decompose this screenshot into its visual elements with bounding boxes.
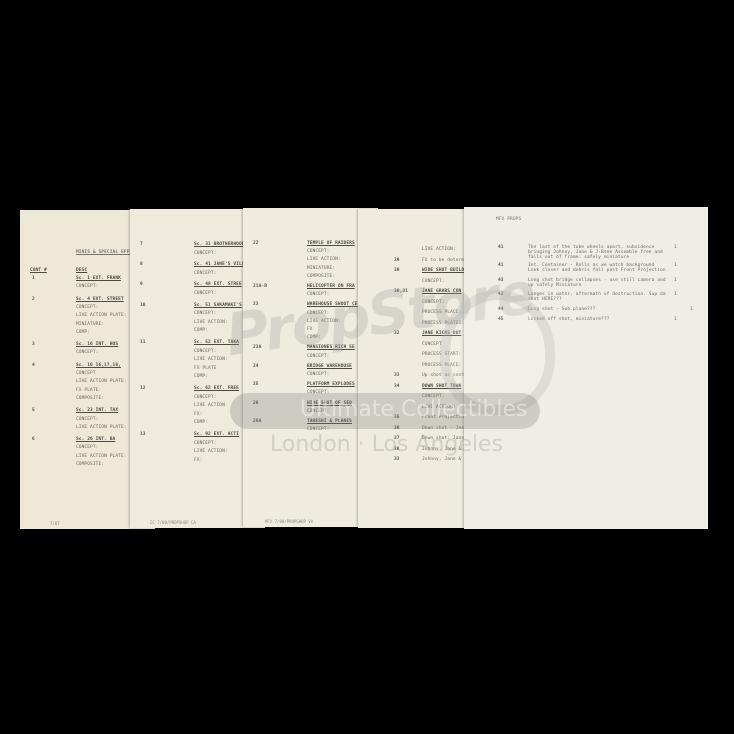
field-label: CONCEPT [422, 342, 442, 347]
shot-count: 1 [674, 292, 677, 297]
scene-number: 6 [32, 437, 35, 442]
field-label: CONCEPT [76, 371, 96, 376]
shot-count: 1 [690, 307, 693, 312]
field-label: LIVE ACTION: [422, 405, 456, 410]
field-label: CONCEPT: [76, 350, 98, 355]
field-label: LIVE ACTION: [307, 319, 341, 324]
field-label: Up shot as contro [422, 373, 470, 378]
scene-number: 43 [498, 292, 504, 297]
field-label: CONCEPT: [76, 445, 98, 450]
scene-heading: DOWN SHOT TOWA [422, 384, 461, 389]
scene-number: 3 [32, 342, 35, 347]
scene-number: 38 [394, 447, 400, 452]
scene-number: 12 [140, 386, 146, 391]
field-label: CONCEPT: [76, 417, 98, 422]
field-label: FX: [194, 412, 202, 417]
column-header-desc: DESC [76, 268, 87, 273]
field-label: CONCEPT: [76, 305, 98, 310]
shot-count: 1 [674, 263, 677, 268]
field-label: CONCEPT: [194, 271, 216, 276]
field-label: PROCESS PLACE: [422, 363, 461, 368]
scene-number: 24 [253, 364, 259, 369]
scene-heading: WIDE SHOT BUILDI [422, 268, 467, 273]
scene-heading: TAKESHI & PLANES [307, 419, 352, 424]
sheet-title: MFX PROPS [496, 217, 521, 222]
scene-number: 43 [498, 278, 504, 283]
shot-description: Long shot bridge collapses - use still c… [528, 278, 668, 288]
scene-number: 2 [32, 297, 35, 302]
field-label: MINIATURE: [76, 322, 104, 327]
scene-number: 30,31 [394, 289, 408, 294]
scene-number: 11 [140, 340, 146, 345]
scene-heading: Sc. 92 EXT. ACTI [194, 432, 239, 437]
shot-description: Int. Container - Rolls as we watch backg… [528, 263, 668, 273]
shot-description: Long shot - Sub plane??? [528, 307, 668, 312]
scene-number: 36 [394, 426, 400, 431]
scene-heading: Sc. 1 EXT. FRANK [76, 276, 121, 281]
scene-number: 13 [140, 432, 146, 437]
shot-description: Locked off shot, miniature??? [528, 317, 668, 322]
scene-number: 34 [394, 384, 400, 389]
sheet-footer: CC 7/00/PROPSHOP CA [150, 520, 196, 525]
shot-count: 1 [674, 317, 677, 322]
field-label: LIVE ACTION PLATE: [76, 425, 127, 430]
field-label: COMPOSITE: [76, 462, 104, 467]
scene-heading: Sc. 31 BROTHERHOOD [194, 242, 245, 247]
scene-number: 44 [498, 307, 504, 312]
field-label: CONCEPT: [307, 427, 329, 432]
sheet-footer: MFX 7/00/PROPSHOP VA [265, 519, 313, 524]
scene-number: 1 [32, 276, 35, 281]
shot-count: 1 [674, 245, 677, 250]
field-label: LIVE ACTION: [422, 247, 456, 252]
scene-heading: Sc. 16 16,17,18, [76, 363, 121, 368]
scene-heading: MANSIONES RICH SE [307, 345, 355, 350]
scene-heading: BRIDGE WAREHOUSE [307, 364, 352, 369]
field-label: PROCESS PLACE: [422, 310, 461, 315]
shot-count: 1 [674, 278, 677, 283]
scene-heading: Sc. 62 EXT. FREE [194, 386, 239, 391]
field-label: CONCEPT: [194, 311, 216, 316]
scene-number: 33 [394, 373, 400, 378]
field-label: CONCEPT: [307, 311, 329, 316]
field-label: CONCEPT: [422, 279, 444, 284]
scene-heading: TEMPLE OF RAIDERS [307, 241, 355, 246]
field-label: MINIATURE: [307, 266, 335, 271]
field-label: PROCESS PLATES: [422, 321, 464, 326]
scene-heading: JANE KICKS OUT [422, 331, 461, 336]
shot-description: The last of the tube wheels apart, subsi… [528, 245, 668, 260]
field-label: LIVE ACTION: [307, 257, 341, 262]
scene-number: 10 [140, 303, 146, 308]
scene-number: 4 [32, 363, 35, 368]
scene-heading: PLATFORM EXPLODES [307, 382, 355, 387]
scene-number: 23A [253, 345, 261, 350]
field-label: CONCEPT: [194, 441, 216, 446]
column-header-cont: CONT # [30, 268, 47, 273]
field-label: FX PLATE [194, 366, 216, 371]
scene-number: 23 [253, 302, 259, 307]
field-label: LIVE ACTION: [194, 357, 228, 362]
field-label: LIVE ACTION PLATE: [76, 454, 127, 459]
scene-number: 8 [140, 262, 143, 267]
scene-heading: Sc. 4 EXT. STREET [76, 297, 124, 302]
scene-number: 29 [394, 258, 400, 263]
field-label: CONCEPT: [307, 292, 329, 297]
scene-number: 26 [253, 401, 259, 406]
field-label: LIVE ACTION PLATE: [76, 379, 127, 384]
field-label: CONCEPT: [194, 349, 216, 354]
scene-number: 41 [498, 245, 504, 250]
field-label: CONCEPT: [307, 390, 329, 395]
field-label: CONCEPT: [76, 284, 98, 289]
field-label: CONCEPT: [307, 354, 329, 359]
scene-heading: Sc. 23 INT. TAX [76, 408, 118, 413]
scene-number: 37 [394, 436, 400, 441]
field-label: CONCEPT: [194, 291, 216, 296]
document-sheet-5: MFX PROPS 41The last of the tube wheels … [464, 207, 708, 529]
scene-heading: JANE GRABS CON [422, 289, 461, 294]
field-label: FX [307, 327, 313, 332]
field-label: LIVE ACTION PLATE: [76, 313, 127, 318]
field-label: PROCESS START: [422, 352, 461, 357]
scene-heading: Sc. 26 INT. BA [76, 437, 115, 442]
field-label: FX PLATE: [76, 388, 101, 393]
scene-number: 30 [394, 268, 400, 273]
field-label: Front Projection [422, 415, 467, 420]
scene-number: 41 [498, 263, 504, 268]
field-label: CONCEPT: [307, 409, 329, 414]
scene-number: 26A [253, 419, 261, 424]
shot-description: Lunges in water, aftermath of destructio… [528, 292, 668, 302]
scene-number: 32 [394, 331, 400, 336]
field-label: CONCEPT: [307, 249, 329, 254]
field-label: LIVE ACTION [194, 403, 225, 408]
scene-heading: Sc. 51 SAKAMAKI'S [194, 303, 242, 308]
field-label: CONCEPT: [422, 394, 444, 399]
field-label: COMP: [194, 420, 208, 425]
scene-heading: Sc. 52 EXT. TAKA [194, 340, 239, 345]
field-label: CONCEPT: [307, 372, 329, 377]
scene-heading: WIDE SHOT OF SEQ [307, 401, 352, 406]
field-label: COMP: [194, 328, 208, 333]
field-label: LIVE ACTION: [194, 449, 228, 454]
scene-number: 5 [32, 408, 35, 413]
field-label: COMPOSITE: [76, 396, 104, 401]
field-label: COMP: [76, 330, 90, 335]
scene-number: 33 [394, 457, 400, 462]
field-label: COMP: [194, 374, 208, 379]
field-label: CONCEPT: [422, 300, 444, 305]
scene-heading: Sc. 16 INT. HOS [76, 342, 118, 347]
sheet-footer: 7/87 [50, 521, 60, 526]
scene-heading: WAREHOUSE SHOOT CE [307, 302, 358, 307]
scene-number: 22 [253, 241, 259, 246]
field-label: FX: [194, 458, 202, 463]
field-label: COMP: [307, 335, 321, 340]
scene-number: 25 [253, 382, 259, 387]
field-label: COMPOSITE: [307, 274, 335, 279]
scene-number: 45 [498, 317, 504, 322]
scene-heading: HELICOPTER ON FRA [307, 284, 355, 289]
scene-number: 7 [140, 242, 143, 247]
field-label: CONCEPT: [194, 395, 216, 400]
scene-number: 35 [394, 415, 400, 420]
scene-heading: Sc. 41 JANE'S VILLA [194, 262, 247, 267]
scene-heading: Sc. 48 EXT. STREE [194, 282, 242, 287]
field-label: CONCEPT: [194, 251, 216, 256]
scene-number: 21A-B [253, 284, 267, 289]
field-label: LIVE ACTION: [194, 320, 228, 325]
scene-number: 9 [140, 282, 143, 287]
